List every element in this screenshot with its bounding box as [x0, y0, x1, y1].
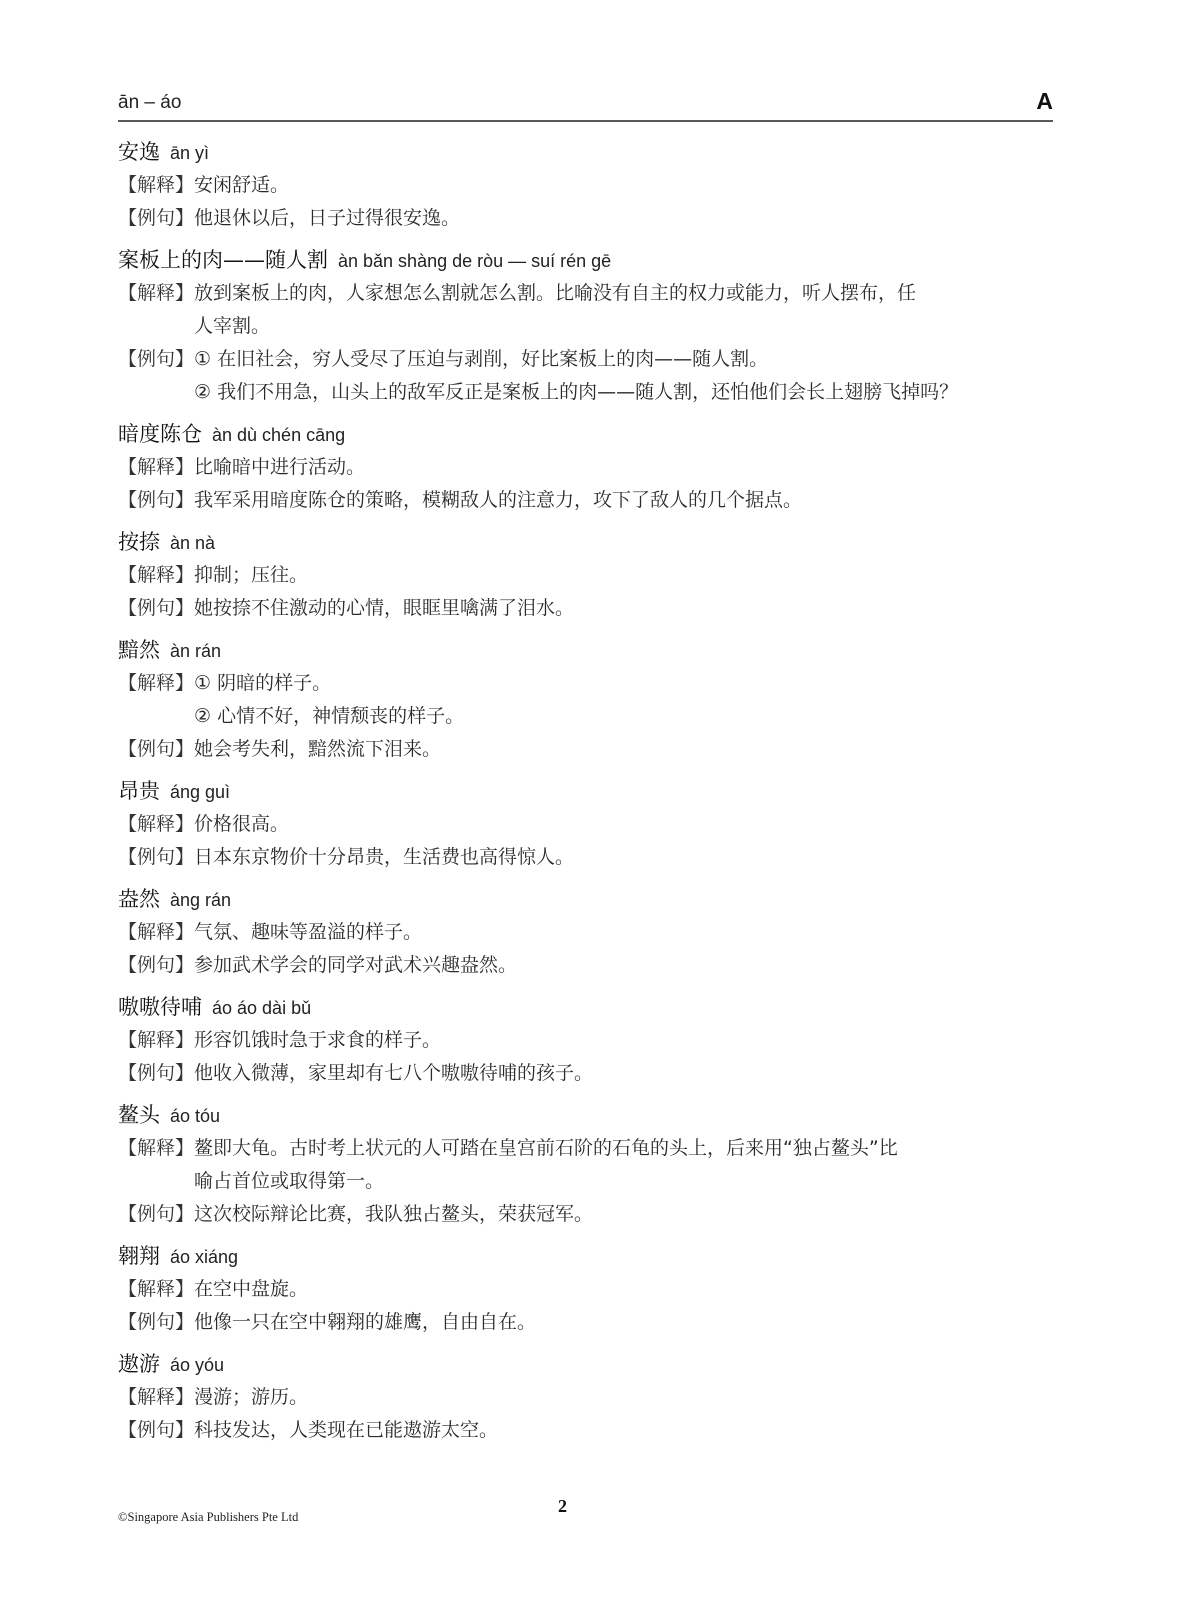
- headword: 盎然: [118, 887, 160, 911]
- example-text: 参加武术学会的同学对武术兴趣盎然。: [194, 949, 1058, 982]
- explanation-line: 气氛、趣味等盈溢的样子。: [194, 916, 1058, 949]
- headword-line: 盎然àng rán: [118, 883, 1058, 916]
- explanation-text: 放到案板上的肉，人家想怎么割就怎么割。比喻没有自主的权力或能力，听人摆布，任 人…: [194, 277, 1058, 343]
- example-text: ① 在旧社会，穷人受尽了压迫与剥削，好比案板上的肉——随人割。 ② 我们不用急，…: [194, 343, 1058, 409]
- example-text: 他退休以后，日子过得很安逸。: [194, 202, 1058, 235]
- explanation-row: 【解释】 抑制；压往。: [118, 559, 1058, 592]
- explanation-row: 【解释】 比喻暗中进行活动。: [118, 451, 1058, 484]
- headword-line: 案板上的肉——随人割àn bǎn shàng de ròu — suí rén …: [118, 244, 1058, 277]
- header-pinyin-range: ān – áo: [118, 92, 181, 114]
- headword-line: 鳌头áo tóu: [118, 1099, 1058, 1132]
- dictionary-entry: 按捺àn nà 【解释】 抑制；压往。 【例句】 她按捺不住激动的心情，眼眶里噙…: [118, 526, 1058, 625]
- example-row: 【例句】 她按捺不住激动的心情，眼眶里噙满了泪水。: [118, 592, 1058, 625]
- example-row: 【例句】 我军采用暗度陈仓的策略，模糊敌人的注意力，攻下了敌人的几个据点。: [118, 484, 1058, 517]
- headword: 昂贵: [118, 779, 160, 803]
- headword: 嗷嗷待哺: [118, 995, 202, 1019]
- example-line: 她按捺不住激动的心情，眼眶里噙满了泪水。: [194, 592, 1058, 625]
- headword: 黯然: [118, 638, 160, 662]
- explanation-label: 【解释】: [118, 559, 194, 592]
- dictionary-entry: 翱翔áo xiáng 【解释】 在空中盘旋。 【例句】 他像一只在空中翱翔的雄鹰…: [118, 1240, 1058, 1339]
- explanation-text: 气氛、趣味等盈溢的样子。: [194, 916, 1058, 949]
- headword-line: 嗷嗷待哺áo áo dài bǔ: [118, 991, 1058, 1024]
- explanation-line: 在空中盘旋。: [194, 1273, 1058, 1306]
- explanation-label: 【解释】: [118, 1273, 194, 1306]
- dictionary-entry: 遨游áo yóu 【解释】 漫游；游历。 【例句】 科技发达，人类现在已能遨游太…: [118, 1348, 1058, 1447]
- explanation-label: 【解释】: [118, 277, 194, 343]
- pinyin: àn bǎn shàng de ròu — suí rén gē: [338, 251, 611, 271]
- dictionary-entry: 嗷嗷待哺áo áo dài bǔ 【解释】 形容饥饿时急于求食的样子。 【例句】…: [118, 991, 1058, 1090]
- example-row: 【例句】 这次校际辩论比赛，我队独占鳌头，荣获冠军。: [118, 1198, 1058, 1231]
- example-text: 我军采用暗度陈仓的策略，模糊敌人的注意力，攻下了敌人的几个据点。: [194, 484, 1058, 517]
- example-row: 【例句】 日本东京物价十分昂贵，生活费也高得惊人。: [118, 841, 1058, 874]
- explanation-label: 【解释】: [118, 451, 194, 484]
- dictionary-entry: 安逸ān yì 【解释】 安闲舒适。 【例句】 他退休以后，日子过得很安逸。: [118, 136, 1058, 235]
- explanation-text: 抑制；压往。: [194, 559, 1058, 592]
- example-label: 【例句】: [118, 1198, 194, 1231]
- example-label: 【例句】: [118, 592, 194, 625]
- headword: 安逸: [118, 140, 160, 164]
- explanation-row: 【解释】 鳌即大龟。古时考上状元的人可踏在皇宫前石阶的石龟的头上，后来用“独占鳌…: [118, 1132, 1058, 1198]
- explanation-line: 漫游；游历。: [194, 1381, 1058, 1414]
- headword: 鳌头: [118, 1103, 160, 1127]
- example-text: 他像一只在空中翱翔的雄鹰，自由自在。: [194, 1306, 1058, 1339]
- explanation-label: 【解释】: [118, 916, 194, 949]
- example-text: 这次校际辩论比赛，我队独占鳌头，荣获冠军。: [194, 1198, 1058, 1231]
- example-line: ② 我们不用急，山头上的敌军反正是案板上的肉——随人割，还怕他们会长上翅膀飞掉吗…: [194, 376, 1058, 409]
- explanation-row: 【解释】 放到案板上的肉，人家想怎么割就怎么割。比喻没有自主的权力或能力，听人摆…: [118, 277, 1058, 343]
- example-label: 【例句】: [118, 733, 194, 766]
- headword-line: 翱翔áo xiáng: [118, 1240, 1058, 1273]
- headword-line: 暗度陈仓àn dù chén cāng: [118, 418, 1058, 451]
- headword: 暗度陈仓: [118, 422, 202, 446]
- explanation-row: 【解释】 形容饥饿时急于求食的样子。: [118, 1024, 1058, 1057]
- example-line: 科技发达，人类现在已能遨游太空。: [194, 1414, 1058, 1447]
- example-label: 【例句】: [118, 1057, 194, 1090]
- pinyin: àn dù chén cāng: [212, 425, 345, 445]
- example-text: 她会考失利，黯然流下泪来。: [194, 733, 1058, 766]
- pinyin: àn nà: [170, 533, 215, 553]
- headword-line: 黯然àn rán: [118, 634, 1058, 667]
- example-line: 参加武术学会的同学对武术兴趣盎然。: [194, 949, 1058, 982]
- explanation-line: 安闲舒适。: [194, 169, 1058, 202]
- example-text: 他收入微薄，家里却有七八个嗷嗷待哺的孩子。: [194, 1057, 1058, 1090]
- example-label: 【例句】: [118, 343, 194, 409]
- page-footer: ©Singapore Asia Publishers Pte Ltd 2: [118, 1500, 1053, 1530]
- pinyin: àn rán: [170, 641, 221, 661]
- headword-line: 按捺àn nà: [118, 526, 1058, 559]
- example-line: 他退休以后，日子过得很安逸。: [194, 202, 1058, 235]
- explanation-text: 鳌即大龟。古时考上状元的人可踏在皇宫前石阶的石龟的头上，后来用“独占鳌头”比 喻…: [194, 1132, 1058, 1198]
- headword-line: 昂贵áng guì: [118, 775, 1058, 808]
- copyright-notice: ©Singapore Asia Publishers Pte Ltd: [118, 1510, 298, 1525]
- example-row: 【例句】 她会考失利，黯然流下泪来。: [118, 733, 1058, 766]
- headword-line: 遨游áo yóu: [118, 1348, 1058, 1381]
- example-row: 【例句】 他退休以后，日子过得很安逸。: [118, 202, 1058, 235]
- explanation-row: 【解释】 ① 阴暗的样子。 ② 心情不好，神情颓丧的样子。: [118, 667, 1058, 733]
- example-row: 【例句】 他收入微薄，家里却有七八个嗷嗷待哺的孩子。: [118, 1057, 1058, 1090]
- example-line: 他收入微薄，家里却有七八个嗷嗷待哺的孩子。: [194, 1057, 1058, 1090]
- example-row: 【例句】 参加武术学会的同学对武术兴趣盎然。: [118, 949, 1058, 982]
- dictionary-entry: 盎然àng rán 【解释】 气氛、趣味等盈溢的样子。 【例句】 参加武术学会的…: [118, 883, 1058, 982]
- dictionary-entry: 暗度陈仓àn dù chén cāng 【解释】 比喻暗中进行活动。 【例句】 …: [118, 418, 1058, 517]
- dictionary-entry: 昂贵áng guì 【解释】 价格很高。 【例句】 日本东京物价十分昂贵，生活费…: [118, 775, 1058, 874]
- headword: 按捺: [118, 530, 160, 554]
- example-label: 【例句】: [118, 484, 194, 517]
- dictionary-entries: 安逸ān yì 【解释】 安闲舒适。 【例句】 他退休以后，日子过得很安逸。 案…: [118, 136, 1058, 1456]
- explanation-text: 比喻暗中进行活动。: [194, 451, 1058, 484]
- dictionary-entry: 鳌头áo tóu 【解释】 鳌即大龟。古时考上状元的人可踏在皇宫前石阶的石龟的头…: [118, 1099, 1058, 1231]
- explanation-text: 漫游；游历。: [194, 1381, 1058, 1414]
- example-line: ① 在旧社会，穷人受尽了压迫与剥削，好比案板上的肉——随人割。: [194, 343, 1058, 376]
- example-line: 他像一只在空中翱翔的雄鹰，自由自在。: [194, 1306, 1058, 1339]
- explanation-line: 形容饥饿时急于求食的样子。: [194, 1024, 1058, 1057]
- pinyin: ān yì: [170, 143, 209, 163]
- pinyin: áo xiáng: [170, 1247, 238, 1267]
- header-section-letter: A: [1036, 88, 1053, 115]
- explanation-line: ① 阴暗的样子。: [194, 667, 1058, 700]
- example-label: 【例句】: [118, 1306, 194, 1339]
- example-label: 【例句】: [118, 202, 194, 235]
- explanation-text: 价格很高。: [194, 808, 1058, 841]
- dictionary-entry: 黯然àn rán 【解释】 ① 阴暗的样子。 ② 心情不好，神情颓丧的样子。 【…: [118, 634, 1058, 766]
- example-row: 【例句】 他像一只在空中翱翔的雄鹰，自由自在。: [118, 1306, 1058, 1339]
- explanation-row: 【解释】 漫游；游历。: [118, 1381, 1058, 1414]
- example-row: 【例句】 科技发达，人类现在已能遨游太空。: [118, 1414, 1058, 1447]
- explanation-line: 比喻暗中进行活动。: [194, 451, 1058, 484]
- example-label: 【例句】: [118, 1414, 194, 1447]
- explanation-text: 安闲舒适。: [194, 169, 1058, 202]
- explanation-line: 价格很高。: [194, 808, 1058, 841]
- example-line: 她会考失利，黯然流下泪来。: [194, 733, 1058, 766]
- example-text: 日本东京物价十分昂贵，生活费也高得惊人。: [194, 841, 1058, 874]
- dictionary-entry: 案板上的肉——随人割àn bǎn shàng de ròu — suí rén …: [118, 244, 1058, 409]
- explanation-label: 【解释】: [118, 1024, 194, 1057]
- explanation-line: 人宰割。: [194, 310, 1058, 343]
- explanation-text: 形容饥饿时急于求食的样子。: [194, 1024, 1058, 1057]
- example-text: 科技发达，人类现在已能遨游太空。: [194, 1414, 1058, 1447]
- explanation-line: 放到案板上的肉，人家想怎么割就怎么割。比喻没有自主的权力或能力，听人摆布，任: [194, 277, 1058, 310]
- example-row: 【例句】 ① 在旧社会，穷人受尽了压迫与剥削，好比案板上的肉——随人割。 ② 我…: [118, 343, 1058, 409]
- explanation-line: 喻占首位或取得第一。: [194, 1165, 1058, 1198]
- page-header: ān – áo A: [118, 88, 1053, 122]
- explanation-label: 【解释】: [118, 1132, 194, 1198]
- explanation-line: 抑制；压往。: [194, 559, 1058, 592]
- headword: 遨游: [118, 1352, 160, 1376]
- explanation-line: 鳌即大龟。古时考上状元的人可踏在皇宫前石阶的石龟的头上，后来用“独占鳌头”比: [194, 1132, 1058, 1165]
- headword: 翱翔: [118, 1244, 160, 1268]
- headword: 案板上的肉——随人割: [118, 248, 328, 272]
- explanation-label: 【解释】: [118, 667, 194, 733]
- example-line: 我军采用暗度陈仓的策略，模糊敌人的注意力，攻下了敌人的几个据点。: [194, 484, 1058, 517]
- pinyin: àng rán: [170, 890, 231, 910]
- headword-line: 安逸ān yì: [118, 136, 1058, 169]
- explanation-row: 【解释】 价格很高。: [118, 808, 1058, 841]
- explanation-label: 【解释】: [118, 808, 194, 841]
- pinyin: áng guì: [170, 782, 230, 802]
- explanation-text: 在空中盘旋。: [194, 1273, 1058, 1306]
- explanation-label: 【解释】: [118, 169, 194, 202]
- explanation-row: 【解释】 在空中盘旋。: [118, 1273, 1058, 1306]
- example-label: 【例句】: [118, 841, 194, 874]
- explanation-text: ① 阴暗的样子。 ② 心情不好，神情颓丧的样子。: [194, 667, 1058, 733]
- example-text: 她按捺不住激动的心情，眼眶里噙满了泪水。: [194, 592, 1058, 625]
- explanation-row: 【解释】 安闲舒适。: [118, 169, 1058, 202]
- page-number: 2: [558, 1496, 567, 1517]
- explanation-label: 【解释】: [118, 1381, 194, 1414]
- pinyin: áo tóu: [170, 1106, 220, 1126]
- pinyin: áo yóu: [170, 1355, 224, 1375]
- explanation-row: 【解释】 气氛、趣味等盈溢的样子。: [118, 916, 1058, 949]
- example-line: 日本东京物价十分昂贵，生活费也高得惊人。: [194, 841, 1058, 874]
- explanation-line: ② 心情不好，神情颓丧的样子。: [194, 700, 1058, 733]
- example-label: 【例句】: [118, 949, 194, 982]
- example-line: 这次校际辩论比赛，我队独占鳌头，荣获冠军。: [194, 1198, 1058, 1231]
- pinyin: áo áo dài bǔ: [212, 998, 311, 1018]
